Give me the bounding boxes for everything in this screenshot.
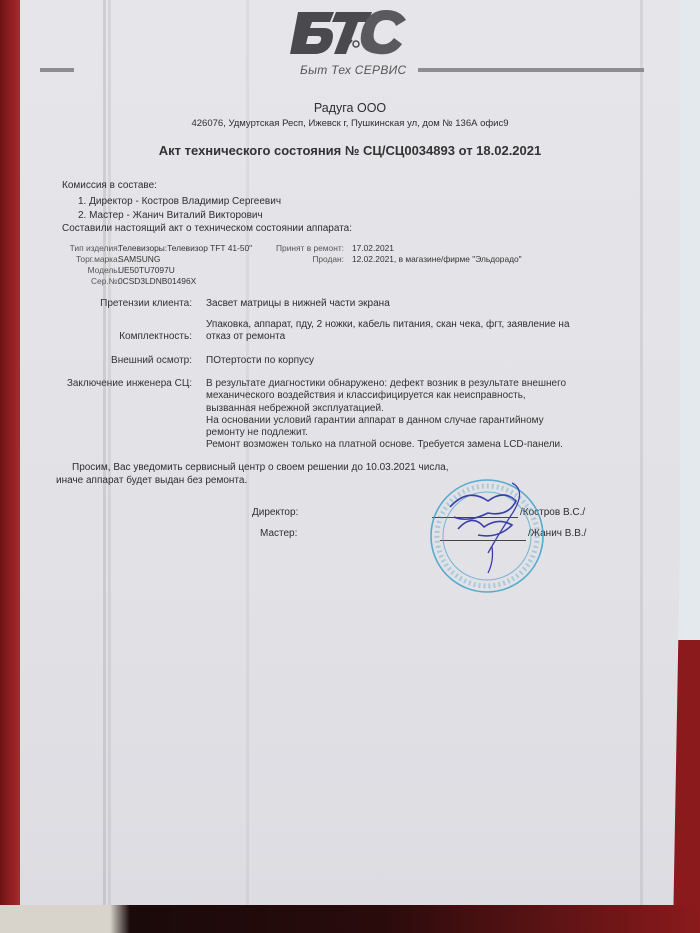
complaint-label: Претензии клиента: xyxy=(60,298,192,309)
conclusion-label: Заключение инженера СЦ: xyxy=(40,378,192,389)
commission-intro: Комиссия в составе: xyxy=(62,180,157,191)
type-label: Тип изделия: xyxy=(66,243,120,253)
request-line: иначе аппарат будет выдан без ремонта. xyxy=(56,475,247,486)
inspection-label: Внешний осмотр: xyxy=(60,355,192,366)
organization-address: 426076, Удмуртская Респ, Ижевск г, Пушки… xyxy=(0,118,700,129)
type-value: Телевизоры:Телевизор TFT 41-50" xyxy=(118,243,252,253)
commission-member: 2. Мастер - Жанич Виталий Викторович xyxy=(78,210,263,221)
conclusion-line: На основании условий гарантии аппарат в … xyxy=(206,415,566,427)
brand-value: SAMSUNG xyxy=(118,254,160,264)
scan-streak xyxy=(640,0,643,910)
received-value: 17.02.2021 xyxy=(352,243,394,253)
model-label: Модель: xyxy=(66,265,120,275)
received-label: Принят в ремонт: xyxy=(270,243,344,253)
document-sheet xyxy=(20,0,680,910)
logo-divider xyxy=(418,68,644,72)
bts-logo-icon xyxy=(290,4,410,64)
logo-divider xyxy=(40,68,74,72)
conclusion-line: В результате диагностики обнаружено: деф… xyxy=(206,378,566,390)
commission-member: 1. Директор - Костров Владимир Сергеевич xyxy=(78,196,281,207)
brand-label: Торг.марка: xyxy=(66,254,120,264)
conclusion-text: В результате диагностики обнаружено: деф… xyxy=(206,378,566,452)
kit-value-line: Упаковка, аппарат, пду, 2 ножки, кабель … xyxy=(206,319,570,330)
serial-value: 0CSD3LDNB01496X xyxy=(118,276,196,286)
sold-value: 12.02.2021, в магазине/фирме "Эльдорадо" xyxy=(352,254,522,264)
sold-label: Продан: xyxy=(270,254,344,264)
company-stamp-icon xyxy=(428,477,546,595)
conclusion-line: ремонту не подлежит. xyxy=(206,427,566,439)
organization-name: Радуга ООО xyxy=(0,101,700,115)
scan-streak xyxy=(103,0,106,910)
inspection-value: ПОтертости по корпусу xyxy=(206,355,314,366)
request-line: Просим, Вас уведомить сервисный центр о … xyxy=(72,462,449,473)
serial-label: Сер.№: xyxy=(66,276,120,286)
conclusion-line: механического воздействия и классифициру… xyxy=(206,390,566,402)
master-label: Мастер: xyxy=(260,528,297,539)
kit-label: Комплектность: xyxy=(60,331,192,342)
scan-streak xyxy=(108,0,111,910)
scan-streak xyxy=(246,0,249,910)
table-surface xyxy=(0,905,700,933)
commission-outro: Составили настоящий акт о техническом со… xyxy=(62,223,352,234)
document-title: Акт технического состояния № СЦ/СЦ003489… xyxy=(0,143,700,158)
complaint-value: Засвет матрицы в нижней части экрана xyxy=(206,298,390,309)
model-value: UE50TU7097U xyxy=(118,265,175,275)
kit-value-line: отказ от ремонта xyxy=(206,331,285,342)
logo-subtitle: Быт Тех СЕРВИС xyxy=(300,63,407,77)
conclusion-line: Ремонт возможен только на платной основе… xyxy=(206,439,566,451)
conclusion-line: вызванная небрежной эксплуатацией. xyxy=(206,403,566,415)
director-label: Директор: xyxy=(252,507,298,518)
